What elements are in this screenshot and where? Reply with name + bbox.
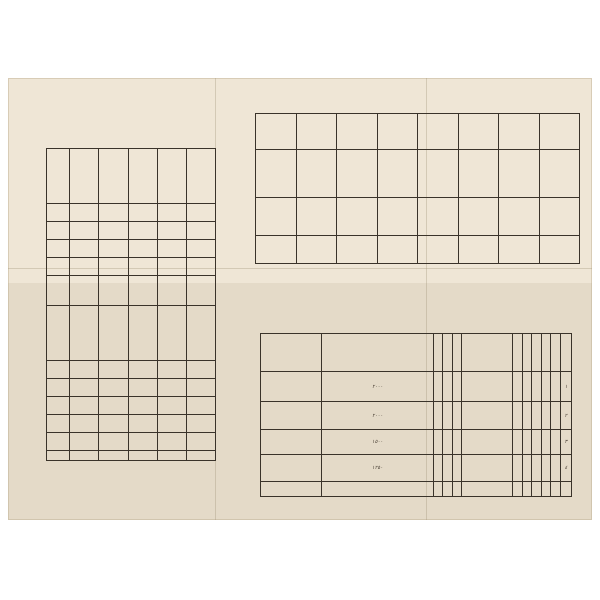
amount-cell: ٢٠٠٠ [322, 402, 434, 430]
table-bottom-right: ٢٠٠٠١ ٢٠٠٠٢ ١٥٠٠٣ ١٢٥٠٤ [260, 333, 572, 497]
document-paper: Handwritten Ottoman title (illegible) ٢٠… [8, 78, 592, 520]
amount-cell: ١٥٠٠ [322, 430, 434, 455]
amount-cell: ٢٠٠٠ [322, 372, 434, 402]
table-left [46, 148, 216, 461]
amount-cell: ١٢٥٠ [322, 455, 434, 482]
table-top-right [255, 113, 580, 264]
